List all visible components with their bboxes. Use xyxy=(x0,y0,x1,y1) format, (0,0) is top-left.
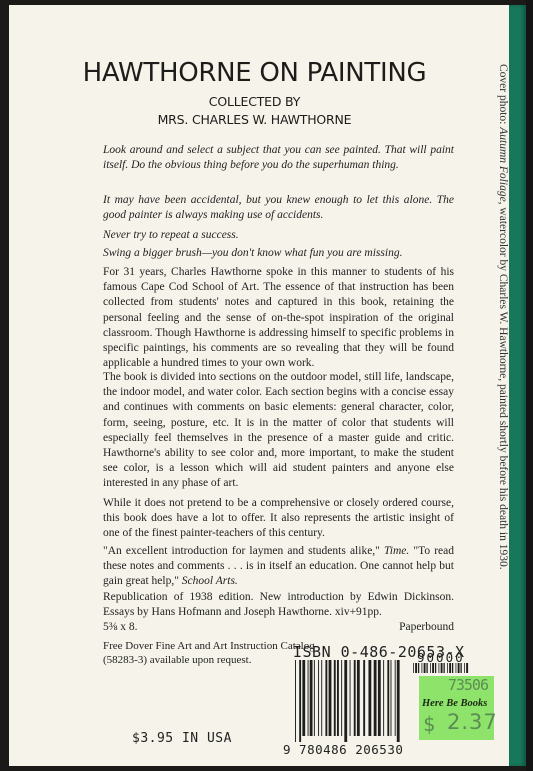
book-title: HAWTHORNE ON PAINTING xyxy=(0,58,521,88)
review-quote-time: "An excellent introduction for laymen an… xyxy=(103,545,380,557)
sticker-price: 2.37 xyxy=(447,710,498,734)
binding-type: Paperbound xyxy=(399,620,454,635)
cover-photo-caption: Cover photo: Autumn Foliage, watercolor … xyxy=(497,64,509,570)
cover-price: $3.95 IN USA xyxy=(132,731,232,746)
sticker-shop-name: Here Be Books xyxy=(422,698,487,709)
quote-4: Swing a bigger brush—you don't know what… xyxy=(103,246,454,261)
caption-artwork-title: Autumn Foliage xyxy=(497,127,509,201)
publication-info: Republication of 1938 edition. New intro… xyxy=(103,590,454,636)
collector-name: MRS. CHARLES W. HAWTHORNE xyxy=(0,112,521,127)
description-paragraph-2: The book is divided into sections on the… xyxy=(103,370,454,492)
barcode-number: 9 780486 206530 xyxy=(283,742,403,757)
quote-2: It may have been accidental, but you kne… xyxy=(103,193,454,223)
caption-suffix: , watercolor by Charles W. Hawthorne, pa… xyxy=(497,202,509,570)
publication-text: Republication of 1938 edition. New intro… xyxy=(103,591,454,618)
caption-prefix: Cover photo: xyxy=(497,64,509,127)
quote-1: Look around and select a subject that yo… xyxy=(103,143,454,173)
barcode xyxy=(295,660,401,742)
collected-by-label: COLLECTED BY xyxy=(0,94,521,109)
catalog-offer: Free Dover Fine Art and Art Instruction … xyxy=(103,639,323,667)
review-source-school-arts: School Arts. xyxy=(182,575,238,587)
description-paragraph-3: While it does not pretend to be a compre… xyxy=(103,496,454,542)
price-sticker: 73506 Here Be Books $ 2.37 xyxy=(419,676,494,740)
book-size: 5⅜ x 8. xyxy=(103,620,138,635)
review-quotes: "An excellent introduction for laymen an… xyxy=(103,544,454,590)
description-paragraph-1: For 31 years, Charles Hawthorne spoke in… xyxy=(103,265,454,371)
sticker-code: 73506 xyxy=(448,676,488,694)
review-source-time: Time. xyxy=(384,545,409,557)
sticker-currency: $ xyxy=(423,712,435,736)
background-edge xyxy=(526,0,533,771)
quote-3: Never try to repeat a success. xyxy=(103,228,454,243)
